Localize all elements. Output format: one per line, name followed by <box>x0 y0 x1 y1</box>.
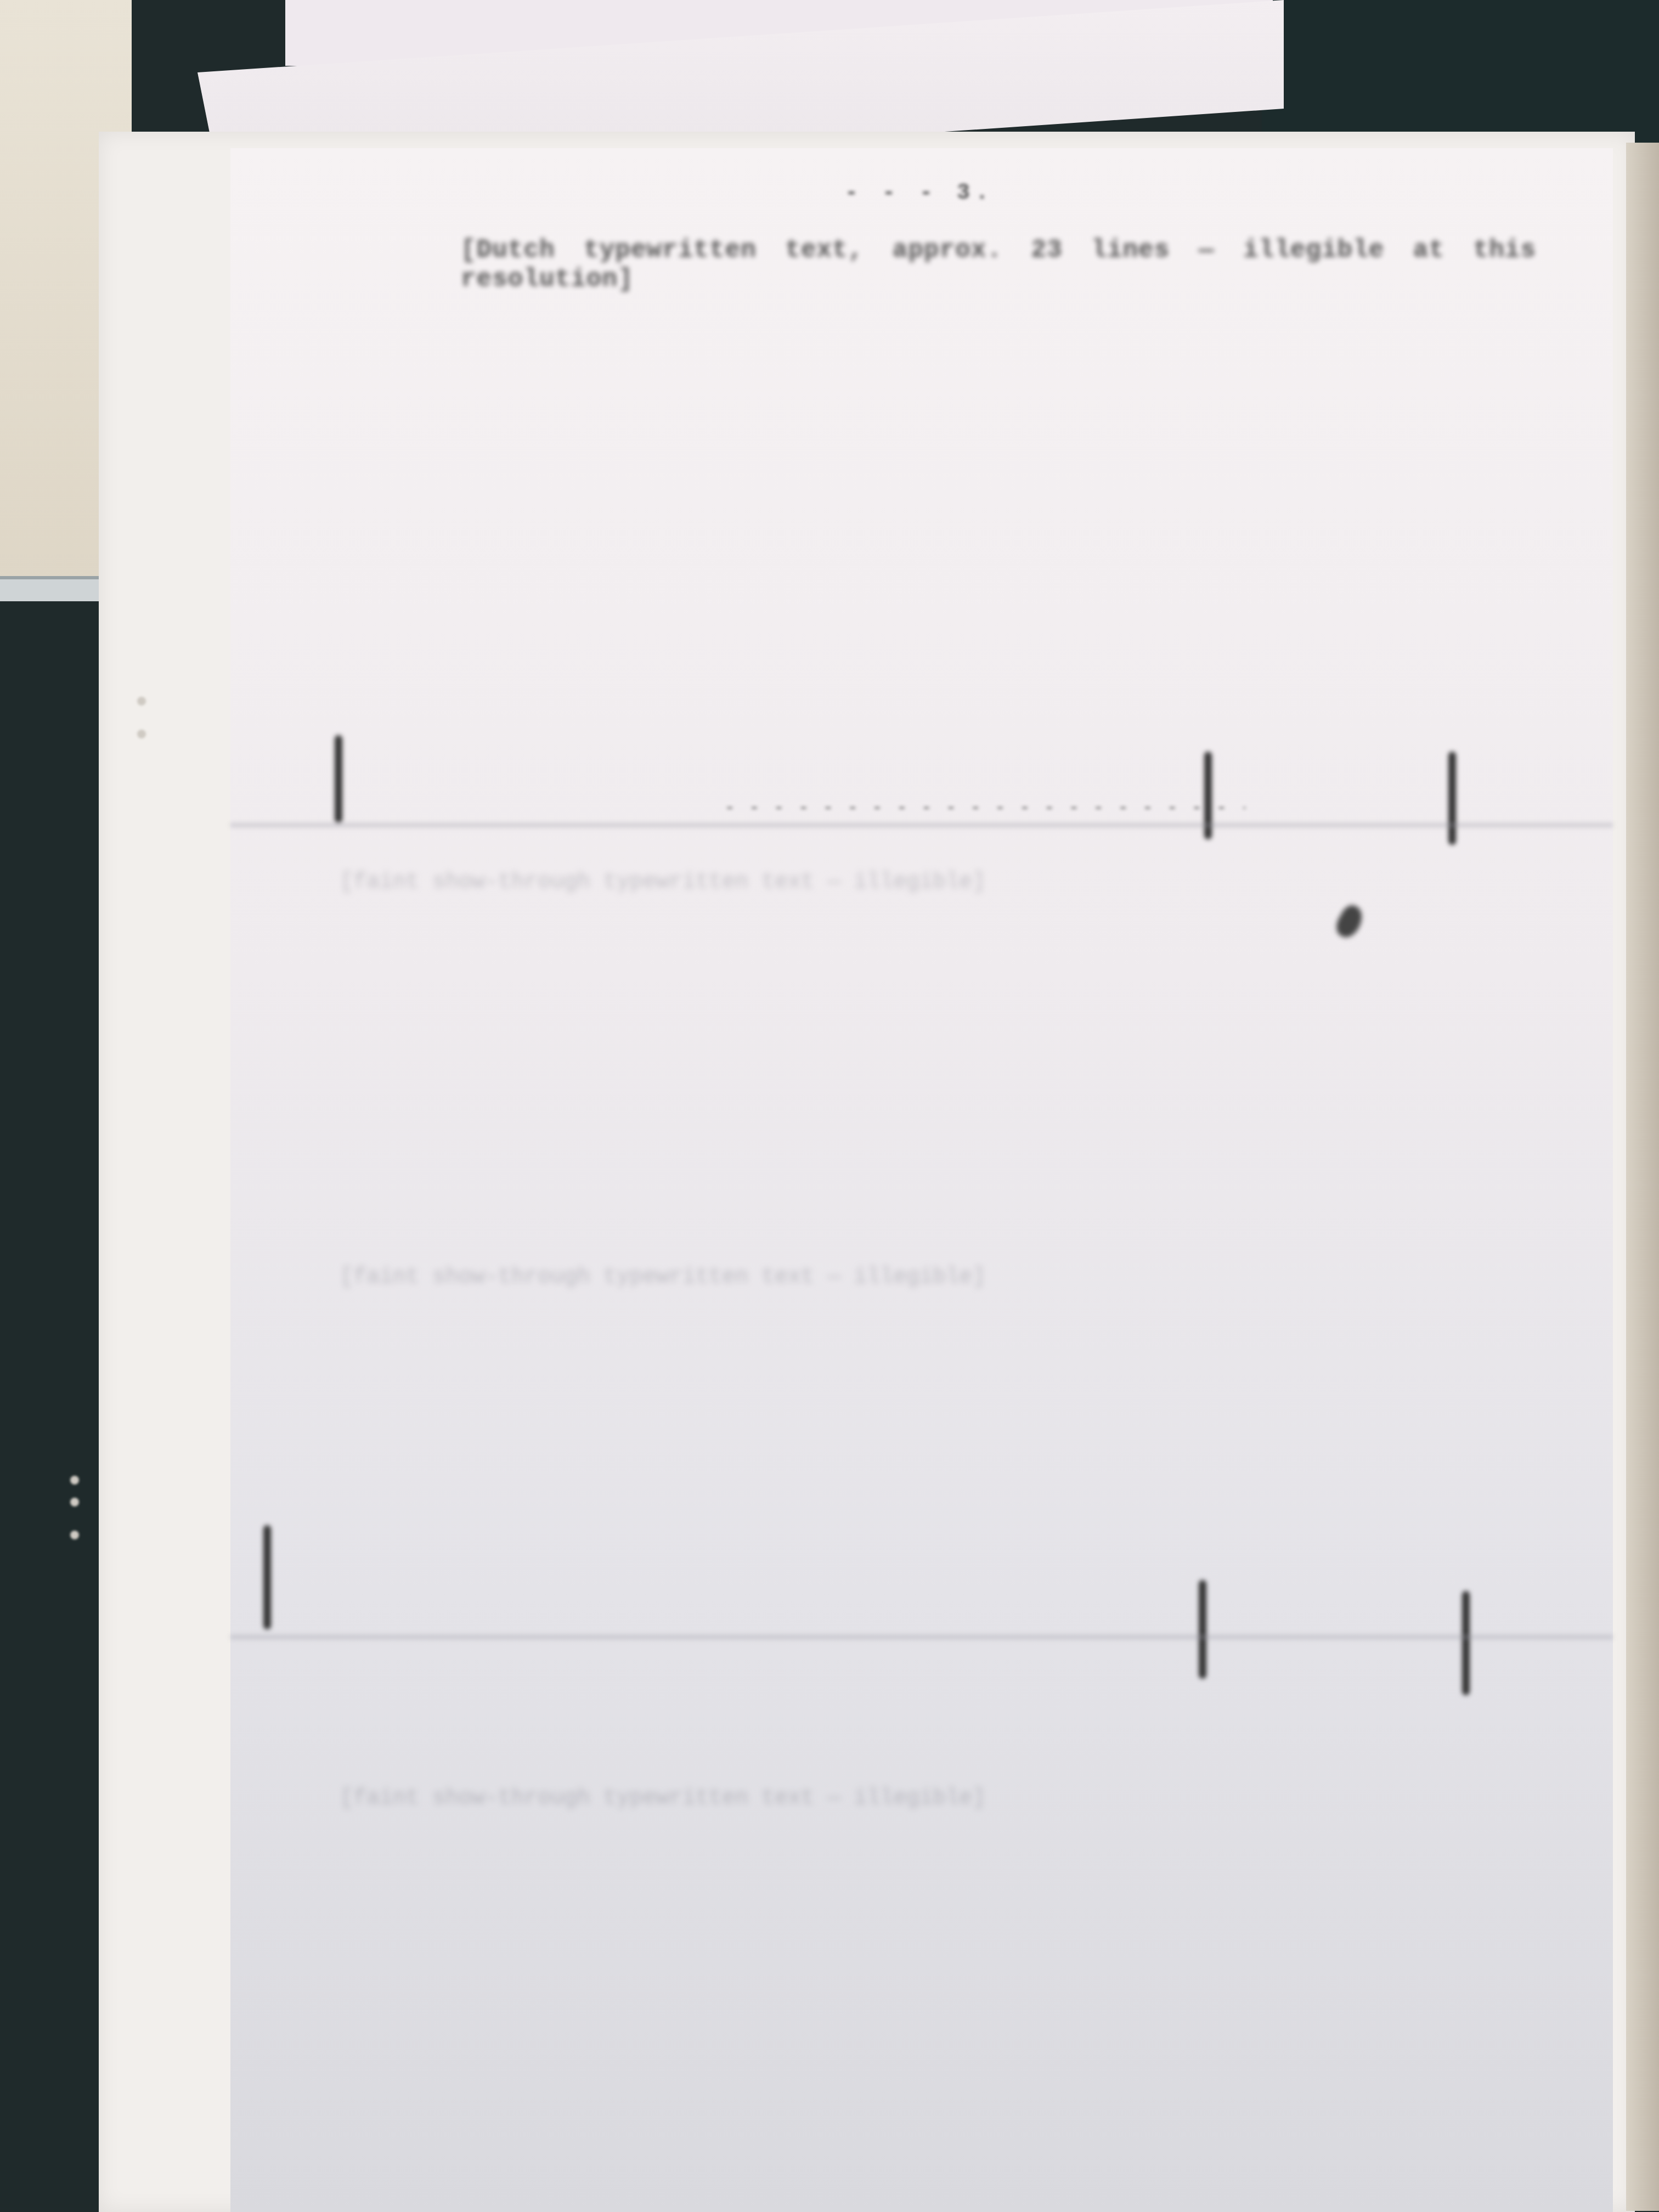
margin-mark-icon <box>1448 752 1456 845</box>
margin-mark-icon <box>263 1525 271 1629</box>
punch-hole-icon <box>70 1476 79 1485</box>
punch-hole-icon <box>70 1531 79 1539</box>
margin-mark-icon <box>1462 1591 1470 1695</box>
punch-hole-icon <box>137 697 146 706</box>
fold-line <box>230 1635 1613 1639</box>
binder-edge <box>1626 143 1659 2211</box>
fold-line <box>230 823 1613 827</box>
ghost-text-block: [faint show-through typewritten text — i… <box>340 867 1465 899</box>
background-shelf <box>0 576 115 601</box>
page-number: - - - 3. <box>845 181 994 206</box>
margin-mark-icon <box>335 735 342 823</box>
ghost-text-block: [faint show-through typewritten text — i… <box>340 1783 1465 1815</box>
margin-mark-icon <box>1199 1580 1206 1679</box>
ghost-text-block: [faint show-through typewritten text — i… <box>340 1262 1465 1294</box>
body-paragraph: [Dutch typewritten text, approx. 23 line… <box>461 236 1536 294</box>
background-dark-area <box>1262 0 1659 143</box>
punch-hole-icon <box>137 730 146 738</box>
typed-rule-line: - - - - - - - - - - - - - - - - - - - - … <box>724 798 1245 819</box>
punch-hole-icon <box>70 1498 79 1506</box>
document-page <box>230 148 1613 2212</box>
